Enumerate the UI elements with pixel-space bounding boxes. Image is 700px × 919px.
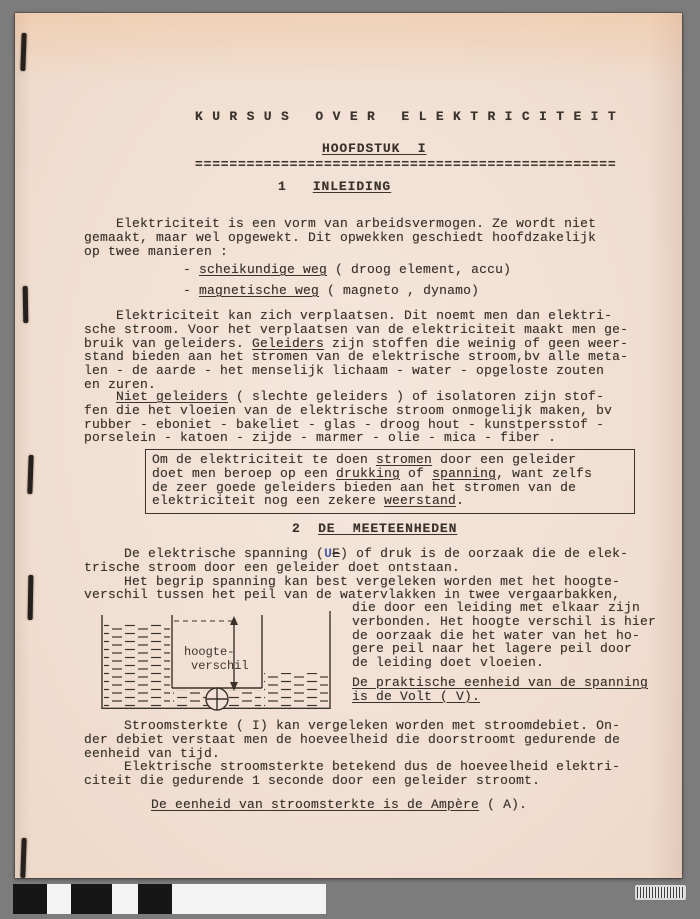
staple-mark: [28, 575, 34, 620]
section-1-heading: 1 INLEIDING: [278, 180, 391, 194]
calibration-square: [13, 884, 47, 914]
ampere-unit-statement: De eenheid van stroomsterkte is de Ampèr…: [151, 798, 591, 812]
staple-mark: [23, 286, 29, 323]
diagram-label-line1: hoogte-: [184, 645, 234, 659]
staple-mark: [20, 838, 26, 878]
staple-mark: [27, 455, 33, 494]
right-tank-water: [264, 673, 328, 707]
paragraph-voltage: De elektrische spanning (UE) of druk is …: [84, 547, 669, 602]
paragraph-insulators: Niet geleiders ( slechte geleiders ) of …: [84, 390, 664, 445]
chapter-heading: HOOFDSTUK I: [322, 142, 426, 156]
volt-unit-statement: De praktische eenheid van de spanning is…: [352, 676, 682, 704]
scanner-barcode: [635, 885, 686, 900]
highlight-box: Om de elektriciteit te doen stromen door…: [145, 449, 635, 514]
paper-sheet: K U R S U S O V E R E L E K T R I C I T …: [15, 13, 682, 878]
staple-mark: [20, 33, 26, 71]
paragraph-water-comparison: die door een leiding met elkaar zijn ver…: [352, 601, 682, 670]
title-underline: ========================================…: [195, 157, 616, 173]
paragraph-intro: Elektriciteit is een vorm van arbeidsver…: [84, 217, 659, 258]
highlight-box-text: Om de elektriciteit te doen stromen door…: [152, 453, 628, 508]
paragraph-current: Stroomsterkte ( I) kan vergeleken worden…: [84, 719, 669, 788]
calibration-square: [71, 884, 112, 914]
paragraph-conductors: Elektriciteit kan zich verplaatsen. Dit …: [84, 309, 664, 392]
diagram-label-line2: verschil: [191, 659, 249, 673]
calibration-square: [47, 884, 71, 914]
water-tanks-diagram: hoogte- verschil: [98, 607, 335, 717]
arrow-down-head: [230, 682, 238, 691]
list-item-chemical-way: - scheikundige weg ( droog element, accu…: [183, 263, 511, 277]
list-item-magnetic-way: - magnetische weg ( magneto , dynamo): [183, 284, 479, 298]
calibration-square: [112, 884, 138, 914]
calibration-square: [138, 884, 172, 914]
calibration-square: [172, 884, 326, 914]
scanned-page-background: { "colors":{ "bg":"#7c7c7c", "paper":"#f…: [0, 0, 700, 919]
section-2-heading: 2 DE MEETEENHEDEN: [292, 522, 457, 536]
document-title: K U R S U S O V E R E L E K T R I C I T …: [195, 109, 616, 125]
calibration-strip: [0, 884, 700, 914]
left-tank-water: [104, 623, 170, 707]
